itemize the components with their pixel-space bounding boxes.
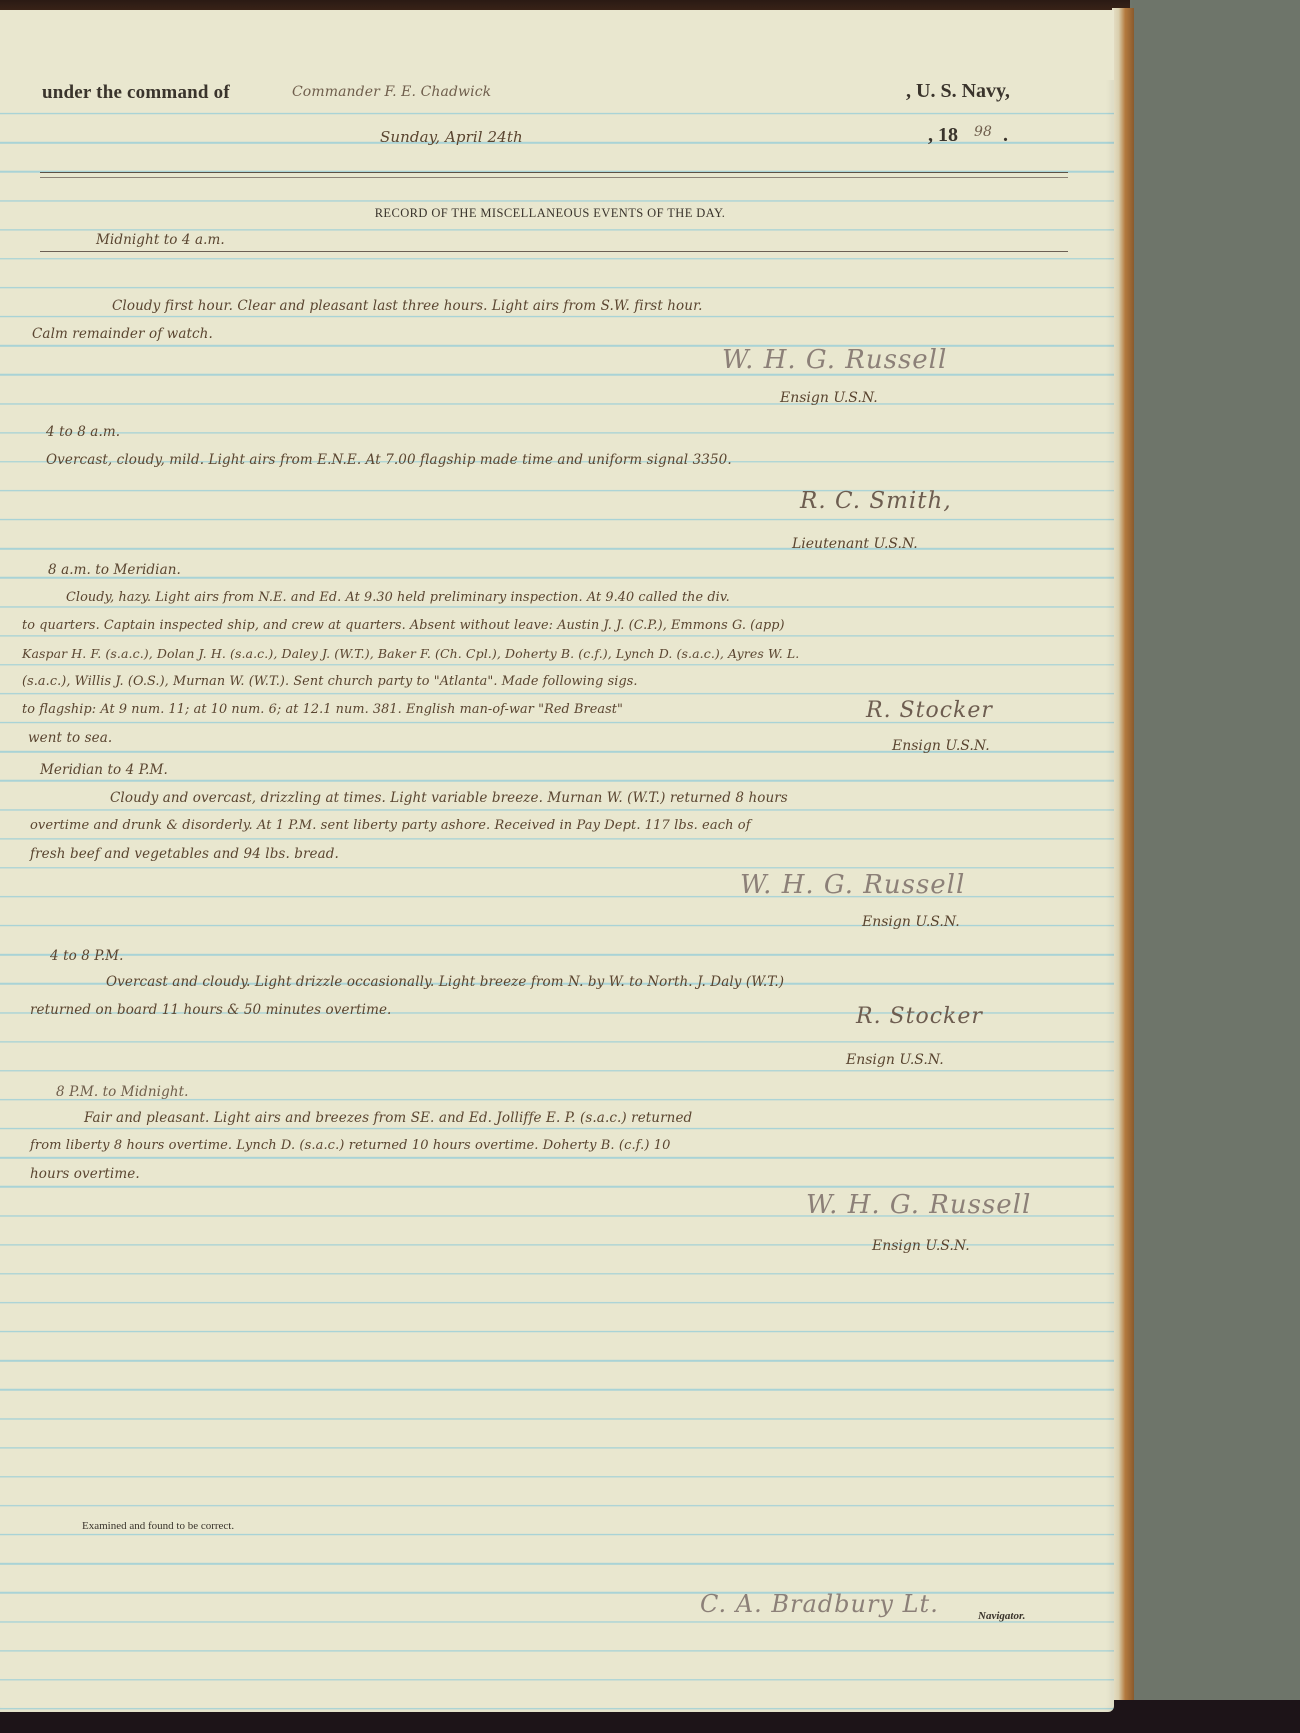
watch-officer-rank: Ensign U.S.N. bbox=[872, 1238, 970, 1254]
section-title: RECORD OF THE MISCELLANEOUS EVENTS OF TH… bbox=[0, 206, 1100, 221]
watch-officer-rank: Ensign U.S.N. bbox=[780, 390, 878, 406]
watch-officer-rank: Ensign U.S.N. bbox=[846, 1052, 944, 1068]
watch-officer-signature: R. Stocker bbox=[856, 1004, 983, 1029]
watch-line: to flagship: At 9 num. 11; at 10 num. 6;… bbox=[22, 702, 623, 717]
watch-officer-signature: W. H. G. Russell bbox=[740, 870, 965, 900]
logbook-page: under the command of Commander F. E. Cha… bbox=[0, 10, 1114, 1712]
watch-line: Kaspar H. F. (s.a.c.), Dolan J. H. (s.a.… bbox=[22, 646, 799, 661]
section-rule bbox=[40, 251, 1068, 252]
watch-line: returned on board 11 hours & 50 minutes … bbox=[30, 1002, 391, 1018]
watch-line: Cloudy, hazy. Light airs from N.E. and E… bbox=[66, 590, 730, 605]
watch-line: went to sea. bbox=[28, 730, 112, 746]
watch-officer-rank: Ensign U.S.N. bbox=[862, 914, 960, 930]
navigator-label: Navigator. bbox=[978, 1610, 1025, 1622]
year-dot: . bbox=[1003, 124, 1008, 147]
watch-line: hours overtime. bbox=[30, 1166, 140, 1182]
page-top-margin bbox=[0, 10, 1114, 80]
watch-line: Cloudy and overcast, drizzling at times.… bbox=[110, 790, 788, 806]
watch-officer-rank: Ensign U.S.N. bbox=[892, 738, 990, 754]
watch-line: (s.a.c.), Willis J. (O.S.), Murnan W. (W… bbox=[22, 674, 638, 689]
watch-line: Cloudy first hour. Clear and pleasant la… bbox=[112, 298, 703, 314]
watch-officer-signature: W. H. G. Russell bbox=[722, 345, 947, 375]
service-label: , U. S. Navy, bbox=[906, 80, 1010, 103]
command-label: under the command of bbox=[42, 82, 230, 104]
watch-period-8am-meridian: 8 a.m. to Meridian. bbox=[48, 562, 181, 578]
watch-period-midnight-4am: Midnight to 4 a.m. bbox=[96, 232, 225, 248]
watch-officer-signature: W. H. G. Russell bbox=[806, 1190, 1031, 1220]
watch-period-meridian-4pm: Meridian to 4 P.M. bbox=[40, 762, 168, 778]
navigator-signature: C. A. Bradbury Lt. bbox=[700, 1590, 939, 1618]
watch-period-4-8pm: 4 to 8 P.M. bbox=[50, 948, 123, 964]
examined-statement: Examined and found to be correct. bbox=[82, 1520, 234, 1532]
header-double-rule bbox=[40, 172, 1068, 178]
watch-line: to quarters. Captain inspected ship, and… bbox=[22, 618, 785, 633]
commander-name: Commander F. E. Chadwick bbox=[292, 84, 491, 100]
watch-period-4-8am: 4 to 8 a.m. bbox=[46, 424, 120, 440]
watch-line: overtime and drunk & disorderly. At 1 P.… bbox=[30, 818, 751, 833]
watch-officer-rank: Lieutenant U.S.N. bbox=[792, 536, 918, 552]
watch-line: from liberty 8 hours overtime. Lynch D. … bbox=[30, 1138, 671, 1153]
log-date: Sunday, April 24th bbox=[380, 128, 523, 146]
year-suffix: 98 bbox=[974, 124, 992, 140]
watch-line: Fair and pleasant. Light airs and breeze… bbox=[84, 1110, 692, 1126]
watch-period-8pm-midnight: 8 P.M. to Midnight. bbox=[56, 1084, 189, 1100]
watch-line: Calm remainder of watch. bbox=[32, 326, 213, 342]
watch-officer-signature: R. Stocker bbox=[866, 698, 993, 723]
scan-backdrop bbox=[1132, 0, 1300, 1700]
watch-line: Overcast, cloudy, mild. Light airs from … bbox=[46, 452, 732, 468]
watch-line: Overcast and cloudy. Light drizzle occas… bbox=[106, 974, 784, 990]
watch-line: fresh beef and vegetables and 94 lbs. br… bbox=[30, 846, 339, 862]
watch-officer-signature: R. C. Smith, bbox=[800, 488, 952, 514]
book-page-edge bbox=[1112, 8, 1134, 1710]
year-prefix: , 18 bbox=[928, 124, 958, 147]
